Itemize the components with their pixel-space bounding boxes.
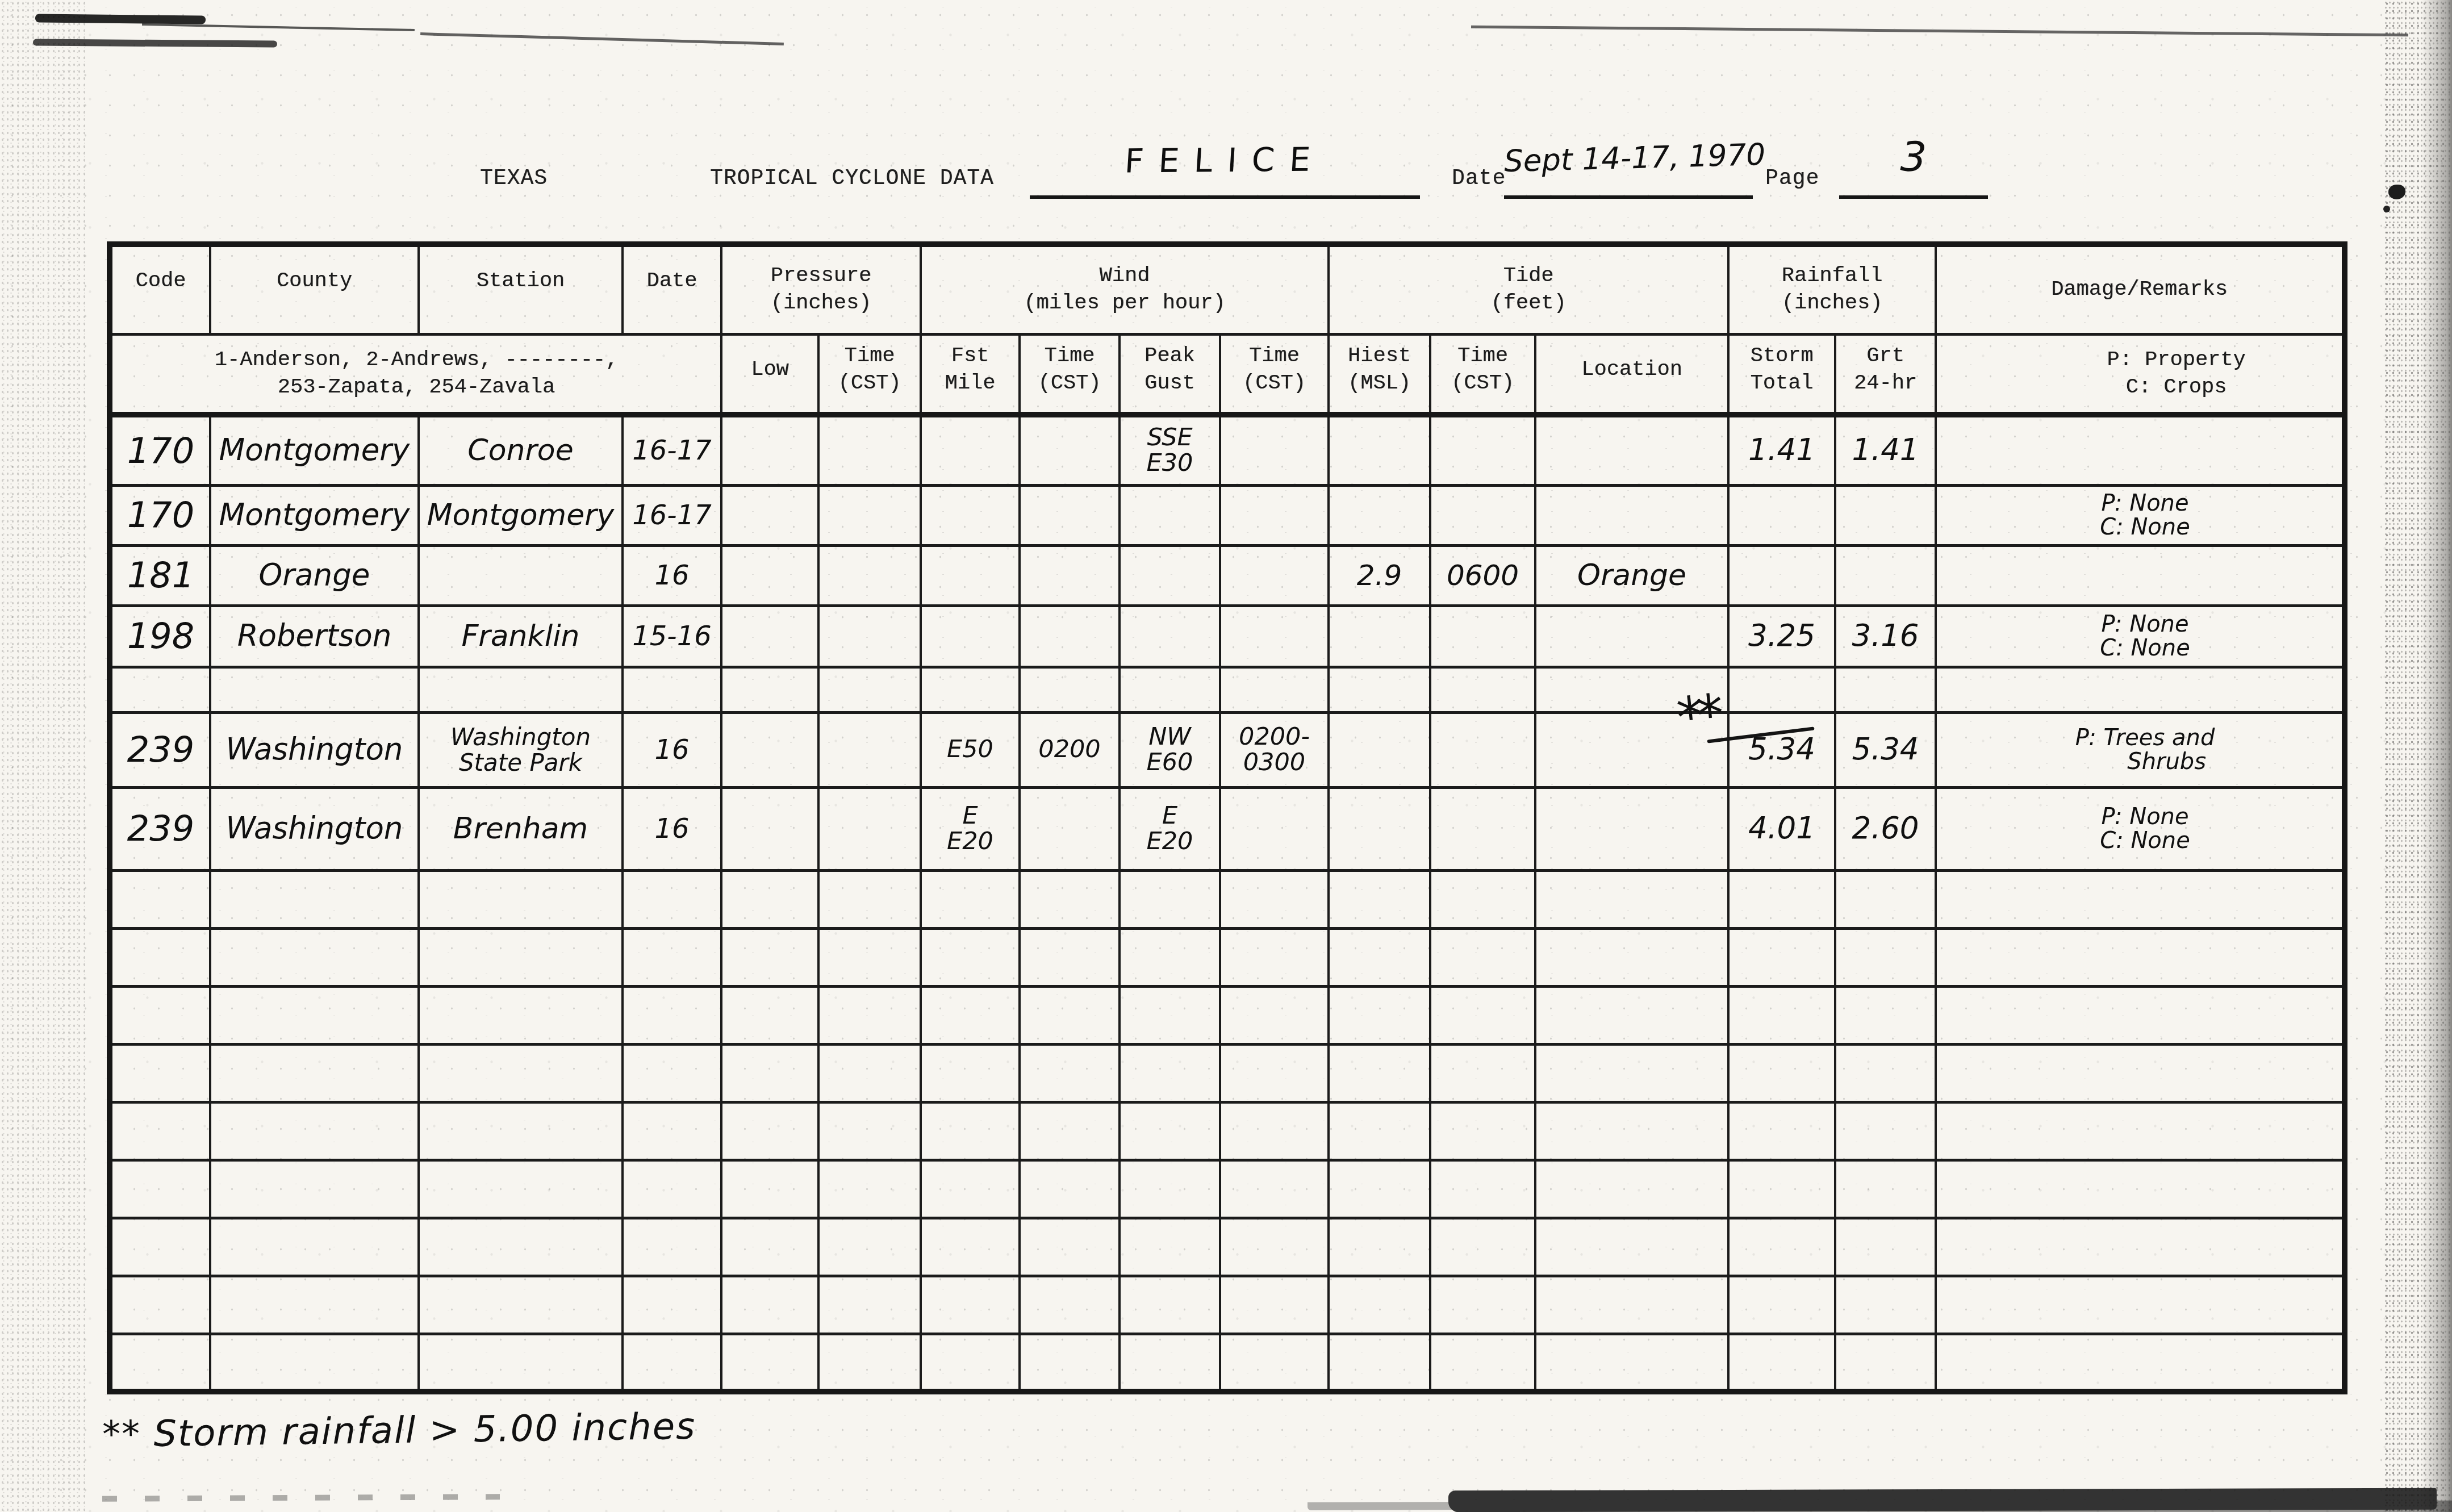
table-cell-empty [1835,667,1936,712]
table-cell-empty [419,928,623,986]
cell-greatest-24hr [1835,485,1936,545]
cell-greatest-24hr: 3.16 [1835,605,1936,667]
cell-date: 16 [623,787,721,870]
cell-wind-time: 0200 [1020,712,1120,787]
table-cell-empty [419,1044,623,1102]
cell-station: Franklin [419,605,623,667]
table-cell-empty [623,928,721,986]
table-cell-empty [721,870,818,928]
table-row: 170 Montgomery Conroe 16-17 SSE E30 1.41… [110,415,2345,485]
cell-pressure-low [721,787,818,870]
cell-greatest-24hr: 2.60 [1835,787,1936,870]
cell-station: Montgomery [419,485,623,545]
scan-line-artifact [1471,26,2408,36]
table-row: 239 Washington Brenham 16 E E20 E E20 4.… [110,787,2345,870]
double-asterisk-mark: ** [1674,686,1719,746]
sub-header-location: Location [1535,334,1728,415]
table-cell-empty [210,1044,419,1102]
cell-gust-time [1220,545,1329,605]
table-cell-empty [419,1334,623,1392]
table-cell-empty [210,1276,419,1334]
table-cell-empty [1936,1334,2345,1392]
table-cell-empty [1220,1218,1329,1276]
group-header-pressure: Pressure (inches) [721,244,921,334]
table-cell-empty [721,1044,818,1102]
table-cell-empty [110,870,210,928]
cell-peak-gust [1120,545,1220,605]
damage-key-note: P: Property C: Crops [1936,334,2345,415]
table-cell-empty [721,928,818,986]
table-cell-empty [1728,1276,1835,1334]
scan-line-artifact [142,23,415,31]
cell-storm-total [1728,545,1835,605]
cell-station: Washington State Park [419,712,623,787]
table-cell-empty [1835,1218,1936,1276]
date-label: Date [1452,166,1506,191]
table-cell-empty [1535,986,1728,1044]
table-cell-empty [1329,1044,1430,1102]
cell-station: Brenham [419,787,623,870]
table-cell-empty [210,1160,419,1218]
table-cell-empty [210,1334,419,1392]
table-cell-empty [1120,667,1220,712]
storm-name-underline: FELICE [1030,141,1420,199]
cell-peak-gust: SSE E30 [1120,415,1220,485]
table-cell-empty [1430,870,1535,928]
table-cell-empty [1835,1334,1936,1392]
cyclone-data-table: Code County Station Date Pressure (inche… [107,241,2347,1394]
table-cell-empty [1020,667,1120,712]
table-cell-empty [1430,1218,1535,1276]
table-cell-empty [623,986,721,1044]
table-cell-empty [1220,986,1329,1044]
table-cell-empty [1728,1160,1835,1218]
cell-pressure-time [818,605,921,667]
cell-storm-total [1728,485,1835,545]
table-row-empty [110,870,2345,928]
col-header-station: Station [419,244,623,334]
table-cell-empty [1728,986,1835,1044]
table-cell-empty [419,1102,623,1160]
page-number-value: 3 [1900,132,1928,181]
cell-tide-highest [1329,712,1430,787]
cell-pressure-low [721,545,818,605]
cell-fastest-mile: E50 [921,712,1020,787]
table-cell-empty [623,1276,721,1334]
cell-station [419,545,623,605]
table-cell-empty [419,986,623,1044]
table-cell-empty [1535,1276,1728,1334]
scan-smudge-bottom-right [1448,1488,2437,1512]
footnote: ** Storm rainfall > 5.00 inches [102,1400,1182,1455]
table-cell-empty [818,1102,921,1160]
cell-damage: P: None C: None [1936,787,2345,870]
form-header: TEXAS TROPICAL CYCLONE DATA FELICE Date … [0,126,2452,206]
table-cell-empty [623,1218,721,1276]
scan-noise-left-edge [0,0,85,1512]
table-cell-empty [1936,1044,2345,1102]
cell-date: 16 [623,712,721,787]
table-cell-empty [1535,870,1728,928]
table-cell-empty [818,1276,921,1334]
cell-date: 16-17 [623,485,721,545]
table-cell-empty [1220,1044,1329,1102]
table-cell-empty [1220,1334,1329,1392]
cell-tide-highest [1329,415,1430,485]
table-cell-empty [1020,1218,1120,1276]
sub-header-wind-time: Time (CST) [1020,334,1120,415]
cell-wind-time [1020,545,1120,605]
table-cell-empty [1120,1276,1220,1334]
cell-gust-time [1220,787,1329,870]
table-header: Code County Station Date Pressure (inche… [110,244,2345,415]
table-cell-empty [210,986,419,1044]
table-cell-empty [1936,928,2345,986]
table-cell-empty [623,1160,721,1218]
table-cell-empty [210,1102,419,1160]
cell-tide-time [1430,415,1535,485]
table-cell-empty [110,667,210,712]
sub-header-low: Low [721,334,818,415]
table-cell-empty [1728,870,1835,928]
table-cell-empty [1936,1102,2345,1160]
table-cell-empty [1120,1334,1220,1392]
table-cell-empty [1220,870,1329,928]
table-row-empty [110,986,2345,1044]
table-cell-empty [1936,1276,2345,1334]
sub-header-tide-highest: Hiest (MSL) [1329,334,1430,415]
table-cell-empty [721,1102,818,1160]
table-cell-empty [1329,1276,1430,1334]
table-cell-empty [1430,1102,1535,1160]
table-cell-empty [921,1160,1020,1218]
table-cell-empty [1535,1102,1728,1160]
table-cell-empty [818,1334,921,1392]
table-row-empty [110,1218,2345,1276]
table-cell-empty [1728,1218,1835,1276]
table-cell-empty [110,1102,210,1160]
table-cell-empty [1329,667,1430,712]
cell-tide-highest [1329,787,1430,870]
table-cell-empty [1329,1160,1430,1218]
table-cell-empty [921,986,1020,1044]
cell-pressure-low [721,485,818,545]
group-header-wind: Wind (miles per hour) [921,244,1329,334]
table-row-empty [110,1102,2345,1160]
table-cell-empty [1430,1160,1535,1218]
group-header-row: Code County Station Date Pressure (inche… [110,244,2345,334]
table-cell-empty [1728,1044,1835,1102]
cell-date: 15-16 [623,605,721,667]
table-cell-empty [1728,1102,1835,1160]
cell-code: 239 [110,712,210,787]
table-cell-empty [210,928,419,986]
table-body: 170 Montgomery Conroe 16-17 SSE E30 1.41… [110,415,2345,1392]
page-number-underline: 3 [1839,133,1988,199]
table-cell-empty [110,1334,210,1392]
table-row: 181 Orange 16 2.9 0600 Orange [110,545,2345,605]
table-row: 239 Washington Washington State Park 16 … [110,712,2345,787]
table-cell-empty [1220,1276,1329,1334]
cell-date: 16-17 [623,415,721,485]
table-cell-empty [1835,1276,1936,1334]
table-cell-empty [1535,1160,1728,1218]
state-label: TEXAS [480,166,548,191]
col-header-date: Date [623,244,721,334]
sub-header-gust-time: Time (CST) [1220,334,1329,415]
table-row-empty [110,667,2345,712]
table-cell-empty [818,986,921,1044]
table-cell-empty [210,870,419,928]
table-cell-empty [721,667,818,712]
cell-fastest-mile [921,605,1020,667]
cell-code: 239 [110,787,210,870]
table-cell-empty [1020,1044,1120,1102]
table-cell-empty [921,1044,1020,1102]
table-cell-empty [818,870,921,928]
table-cell-empty [818,928,921,986]
table-cell-empty [1430,1334,1535,1392]
group-header-tide: Tide (feet) [1329,244,1728,334]
table-cell-empty [1020,1276,1120,1334]
table-cell-empty [921,1218,1020,1276]
table-cell-empty [1835,1044,1936,1102]
table-cell-empty [921,928,1020,986]
cell-storm-total: 4.01 [1728,787,1835,870]
table-cell-empty [419,870,623,928]
cell-code: 181 [110,545,210,605]
sub-header-tide-time: Time (CST) [1430,334,1535,415]
cell-county: Washington [210,787,419,870]
scan-noise-right-edge [2384,0,2452,1512]
cell-pressure-time [818,787,921,870]
cell-fastest-mile: E E20 [921,787,1020,870]
ink-blot [2383,206,2390,212]
table-cell-empty [623,1102,721,1160]
cell-damage: P: None C: None [1936,485,2345,545]
cell-pressure-low [721,415,818,485]
table-cell-empty [110,1218,210,1276]
cell-county: Montgomery [210,415,419,485]
page-label: Page [1765,166,1819,191]
cell-tide-highest: 2.9 [1329,545,1430,605]
cell-storm-total: 1.41 [1728,415,1835,485]
table-cell-empty [1120,870,1220,928]
cell-code: 170 [110,415,210,485]
cell-tide-time [1430,485,1535,545]
cell-pressure-time [818,712,921,787]
table-cell-empty [1835,928,1936,986]
table-row: 198 Robertson Franklin 15-16 3.25 3.16 P… [110,605,2345,667]
table-cell-empty [419,1218,623,1276]
cell-code: 170 [110,485,210,545]
table-cell-empty [623,1334,721,1392]
table-cell-empty [921,1102,1020,1160]
date-underline: Sept 14-17, 1970 [1504,141,1753,199]
table-cell-empty [419,1160,623,1218]
table-cell-empty [623,667,721,712]
cell-tide-location [1535,787,1728,870]
county-code-note: 1-Anderson, 2-Andrews, --------, 253-Zap… [110,334,721,415]
group-header-rainfall: Rainfall (inches) [1728,244,1936,334]
table-cell-empty [1329,1102,1430,1160]
table-cell-empty [1020,1102,1120,1160]
table-cell-empty [1728,667,1835,712]
cell-damage: P: None C: None [1936,605,2345,667]
cell-gust-time: 0200- 0300 [1220,712,1329,787]
table-cell-empty [1936,667,2345,712]
cell-tide-location [1535,605,1728,667]
cell-station: Conroe [419,415,623,485]
table-cell-empty [1220,1160,1329,1218]
sub-header-storm-total: Storm Total [1728,334,1835,415]
group-header-damage: Damage/Remarks [1936,244,2345,334]
table-cell-empty [1329,870,1430,928]
cell-tide-time [1430,712,1535,787]
table-cell-empty [921,1276,1020,1334]
cell-fastest-mile [921,485,1020,545]
table-cell-empty [1835,870,1936,928]
table-cell-empty [1535,1334,1728,1392]
cell-gust-time [1220,605,1329,667]
sub-header-greatest-24hr: Grt 24-hr [1835,334,1936,415]
cell-pressure-time [818,545,921,605]
cell-damage: P: Trees and Shrubs [1936,712,2345,787]
cell-peak-gust [1120,485,1220,545]
date-value: Sept 14-17, 1970 [1503,137,1766,180]
table-cell-empty [110,1160,210,1218]
table-cell-empty [110,928,210,986]
col-header-code: Code [110,244,210,334]
table-cell-empty [1120,1102,1220,1160]
cell-pressure-time [818,485,921,545]
cell-fastest-mile [921,415,1020,485]
cell-tide-location [1535,485,1728,545]
cell-date: 16 [623,545,721,605]
cell-gust-time [1220,485,1329,545]
table-cell-empty [721,1160,818,1218]
cell-peak-gust: E E20 [1120,787,1220,870]
table-row-empty [110,928,2345,986]
cell-county: Montgomery [210,485,419,545]
table-cell-empty [1020,928,1120,986]
sub-header-pressure-time: Time (CST) [818,334,921,415]
table-row-empty [110,1334,2345,1392]
cell-storm-total: 3.25 [1728,605,1835,667]
table-cell-empty [1329,1218,1430,1276]
cell-peak-gust: NW E60 [1120,712,1220,787]
scanned-document-page: TEXAS TROPICAL CYCLONE DATA FELICE Date … [0,0,2452,1512]
table-cell-empty [1220,1102,1329,1160]
table-cell-empty [110,986,210,1044]
table-cell-empty [1120,1160,1220,1218]
table-cell-empty [721,1218,818,1276]
cell-greatest-24hr [1835,545,1936,605]
table-cell-empty [1936,986,2345,1044]
table-cell-empty [1020,870,1120,928]
scan-marks-bottom-left [102,1494,500,1502]
table-cell-empty [1535,928,1728,986]
table-cell-empty [1020,986,1120,1044]
cell-damage [1936,415,2345,485]
table-cell-empty [1430,1276,1535,1334]
table-cell-empty [210,1218,419,1276]
cell-tide-location [1535,415,1728,485]
cell-tide-time [1430,605,1535,667]
table-cell-empty [1020,1160,1120,1218]
cell-county: Robertson [210,605,419,667]
table-cell-empty [1430,667,1535,712]
table-cell-empty [110,1276,210,1334]
table-cell-empty [1120,1044,1220,1102]
col-header-county: County [210,244,419,334]
cell-code: 198 [110,605,210,667]
table-cell-empty [818,1218,921,1276]
table-row-empty [110,1044,2345,1102]
table-cell-empty [1728,1334,1835,1392]
table-cell-empty [1329,1334,1430,1392]
sub-header-row: 1-Anderson, 2-Andrews, --------, 253-Zap… [110,334,2345,415]
cell-county: Orange [210,545,419,605]
table-cell-empty [1430,1044,1535,1102]
table-cell-empty [110,1044,210,1102]
storm-name-value: FELICE [1123,140,1327,186]
table-cell-empty [1120,1218,1220,1276]
cell-pressure-time [818,415,921,485]
table-row: 170 Montgomery Montgomery 16-17 P: None … [110,485,2345,545]
cell-tide-time: 0600 [1430,545,1535,605]
table-cell-empty [210,667,419,712]
table-cell-empty [1329,928,1430,986]
cell-storm-total: **5.34 [1728,712,1835,787]
table-cell-empty [1936,1218,2345,1276]
table-cell-empty [921,870,1020,928]
table-cell-empty [1936,870,2345,928]
table-cell-empty [1329,986,1430,1044]
table-cell-empty [921,667,1020,712]
table-cell-empty [623,870,721,928]
table-cell-empty [721,1276,818,1334]
table-cell-empty [818,1044,921,1102]
cell-pressure-low [721,712,818,787]
table-cell-empty [1535,1044,1728,1102]
table-cell-empty [419,1276,623,1334]
table-cell-empty [1430,986,1535,1044]
table-cell-empty [1120,986,1220,1044]
scan-line-artifact [420,32,784,45]
table-cell-empty [1936,1160,2345,1218]
scan-smudge-top-left-2 [33,39,277,47]
table-cell-empty [921,1334,1020,1392]
cell-wind-time [1020,485,1120,545]
cell-pressure-low [721,605,818,667]
cell-wind-time [1020,787,1120,870]
cell-fastest-mile [921,545,1020,605]
table-cell-empty [623,1044,721,1102]
table-cell-empty [1728,928,1835,986]
table-row-empty [110,1160,2345,1218]
table-cell-empty [1835,1160,1936,1218]
table-cell-empty [1220,928,1329,986]
cell-wind-time [1020,605,1120,667]
cell-tide-highest [1329,605,1430,667]
table-cell-empty [818,1160,921,1218]
table-cell-empty [818,667,921,712]
cell-tide-location: Orange [1535,545,1728,605]
table-cell-empty [1020,1334,1120,1392]
cell-tide-time [1430,787,1535,870]
table-cell-empty [1835,1102,1936,1160]
